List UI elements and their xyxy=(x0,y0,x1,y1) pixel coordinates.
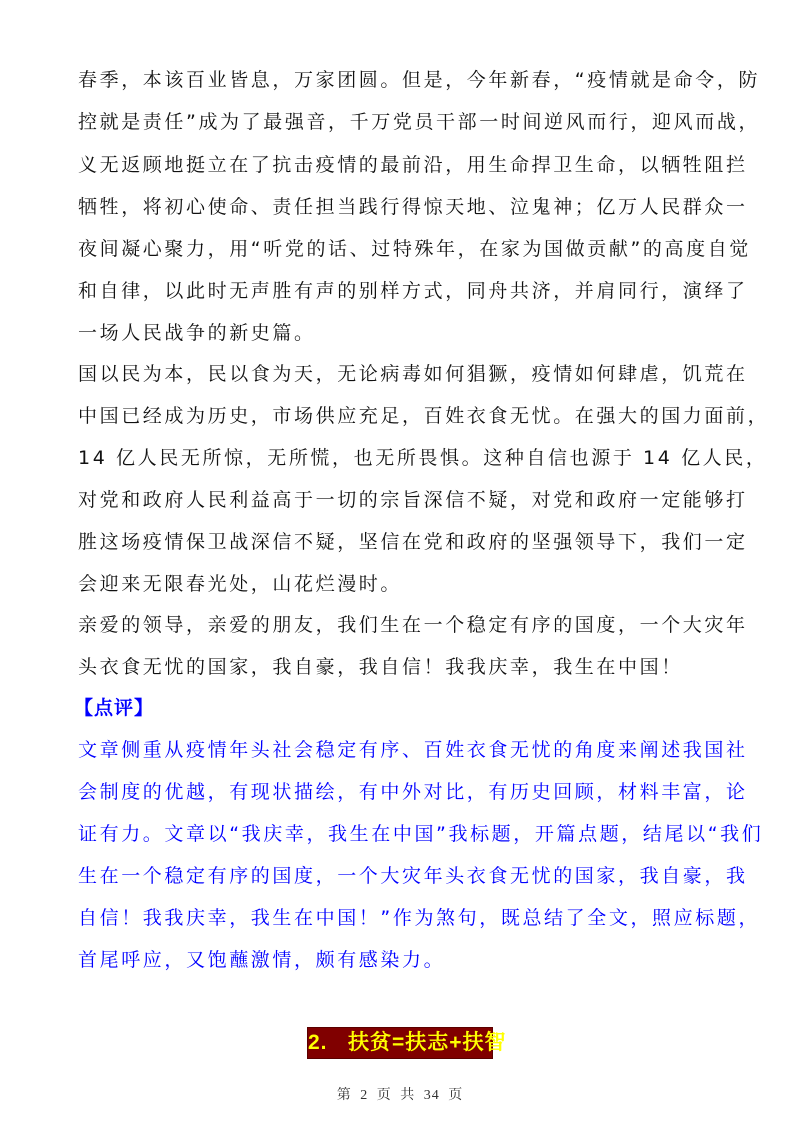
text-line: 一场人民战争的新史篇。 xyxy=(78,321,738,345)
review-line: 证有力。文章以“我庆幸，我生在中国”我标题，开篇点题，结尾以“我们 xyxy=(78,822,738,846)
text-line: 胜这场疫情保卫战深信不疑，坚信在党和政府的坚强领导下，我们一定 xyxy=(78,530,738,554)
review-line: 生在一个稳定有序的国度，一个大灾年头衣食无忧的国家，我自豪，我 xyxy=(78,864,738,888)
text-line: 和自律，以此时无声胜有声的别样方式，同舟共济，并肩同行，演绎了 xyxy=(78,279,738,303)
section-heading: 2. 扶贫=扶志+扶智 xyxy=(307,1027,493,1059)
review-line: 自信！我我庆幸，我生在中国！”作为煞句，既总结了全文，照应标题， xyxy=(78,906,738,930)
text-line: 夜间凝心聚力，用“听党的话、过特殊年，在家为国做贡献”的高度自觉 xyxy=(78,237,738,261)
text-line: 14 亿人民无所惊，无所慌，也无所畏惧。这种自信也源于 14 亿人民， xyxy=(78,446,738,470)
review-label: 【点评】 xyxy=(74,696,154,720)
text-line: 国以民为本，民以食为天，无论病毒如何猖獗，疫情如何肆虐，饥荒在 xyxy=(78,362,738,386)
text-line: 亲爱的领导，亲爱的朋友，我们生在一个稳定有序的国度，一个大灾年 xyxy=(78,613,738,637)
text-line: 会迎来无限春光处，山花烂漫时。 xyxy=(78,572,738,596)
text-line: 对党和政府人民利益高于一切的宗旨深信不疑，对党和政府一定能够打 xyxy=(78,488,738,512)
page-footer: 第 2 页 共 34 页 xyxy=(0,1084,800,1104)
text-line: 控就是责任”成为了最强音，千万党员干部一时间逆风而行，迎风而战， xyxy=(78,110,738,134)
review-line: 会制度的优越，有现状描绘，有中外对比，有历史回顾，材料丰富，论 xyxy=(78,780,738,804)
text-line: 头衣食无忧的国家，我自豪，我自信！我我庆幸，我生在中国！ xyxy=(78,655,738,679)
text-line: 中国已经成为历史，市场供应充足，百姓衣食无忧。在强大的国力面前， xyxy=(78,404,738,428)
text-line: 牺牲，将初心使命、责任担当践行得惊天地、泣鬼神；亿万人民群众一 xyxy=(78,195,738,219)
document-page: 春季，本该百业皆息，万家团圆。但是，今年新春，“疫情就是命令，防 控就是责任”成… xyxy=(0,0,800,1132)
review-line: 首尾呼应，又饱蘸激情，颇有感染力。 xyxy=(78,948,738,972)
text-line: 春季，本该百业皆息，万家团圆。但是，今年新春，“疫情就是命令，防 xyxy=(78,68,738,92)
text-line: 义无返顾地挺立在了抗击疫情的最前沿，用生命捍卫生命，以牺牲阻拦 xyxy=(78,153,738,177)
review-line: 文章侧重从疫情年头社会稳定有序、百姓衣食无忧的角度来阐述我国社 xyxy=(78,738,738,762)
